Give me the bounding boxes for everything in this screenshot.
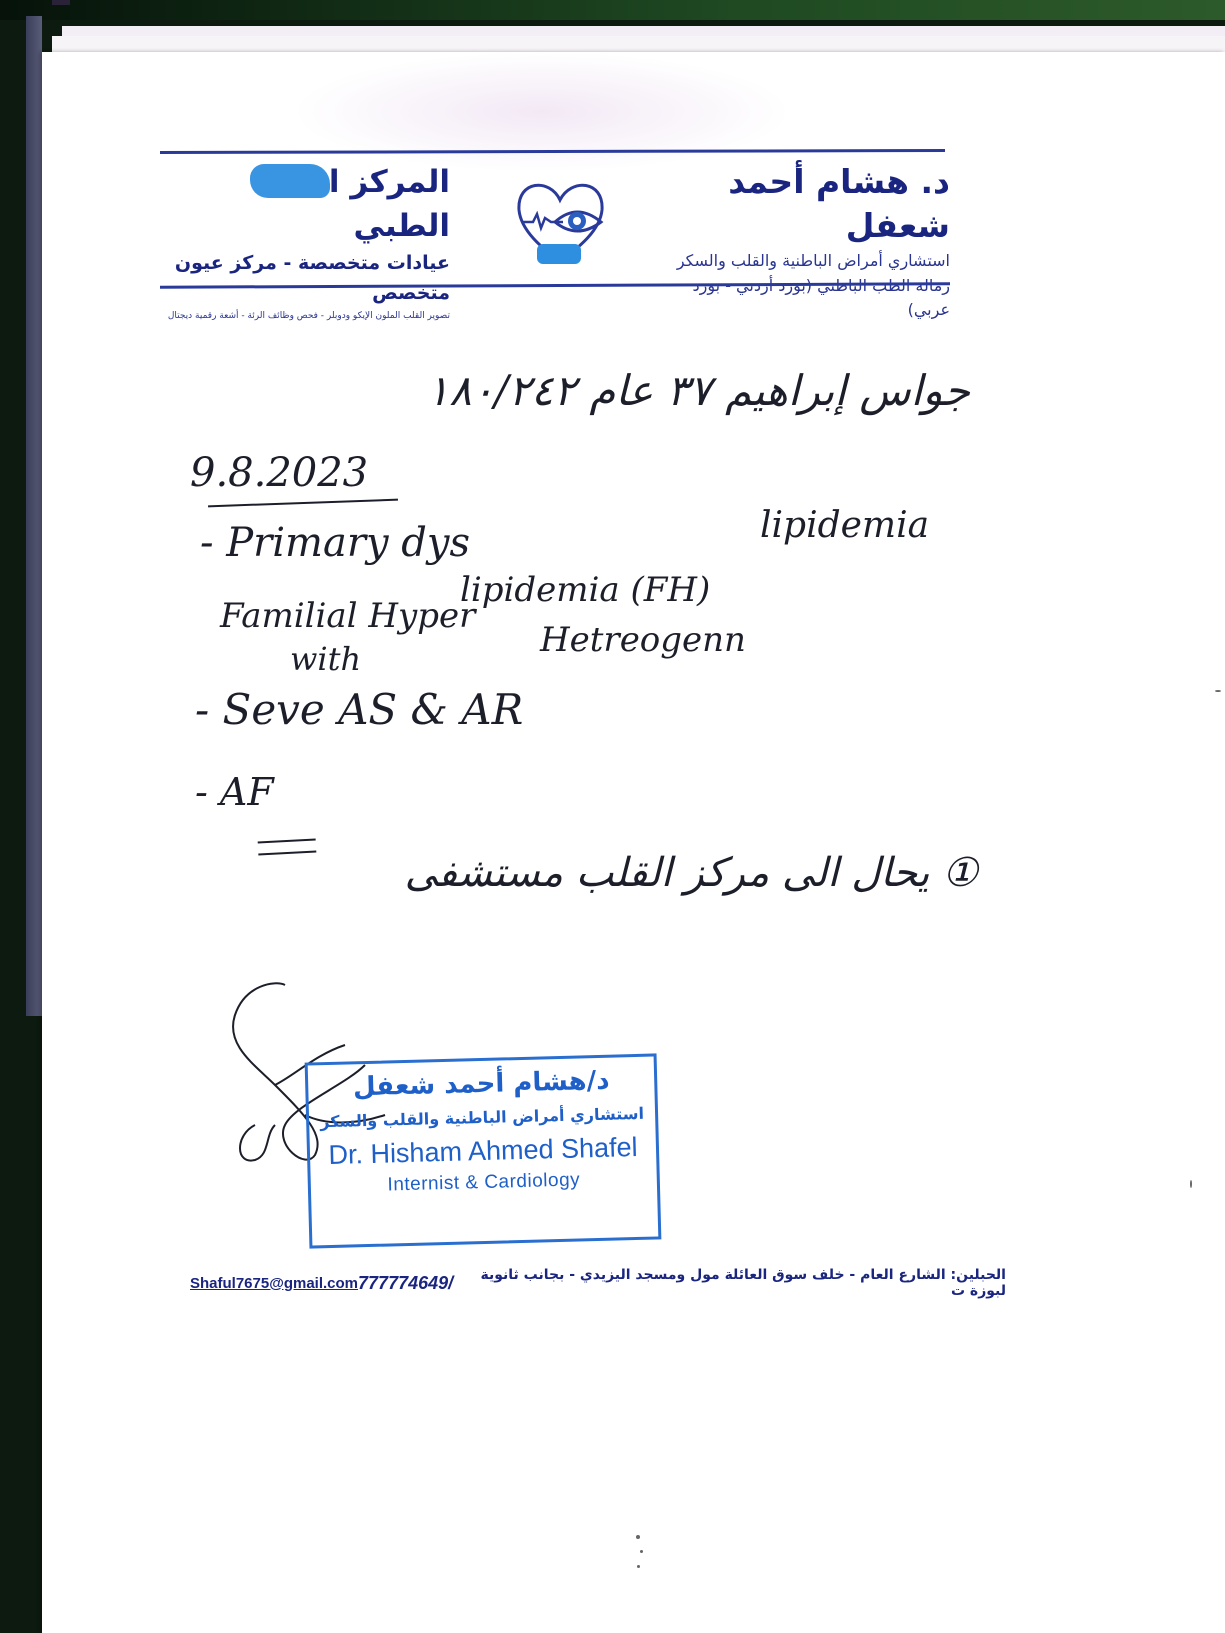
speck [640,1550,643,1553]
heart-eye-logo-icon [505,170,615,270]
background [0,0,1225,20]
doctor-name: د. هشام أحمد شعفل [650,160,950,248]
speck [1190,1180,1192,1188]
center-name-start: المركز ا [329,164,450,200]
diagnosis-line-1: - Primary dys [200,520,470,566]
doctor-board: زمالة الطب الباطني (بورد أردني - بورد عر… [650,274,950,322]
diagnosis-line-2: Familial Hyper [220,596,475,636]
diagnosis-line-2c: Hetreogenn [540,620,746,660]
center-name-end: الطبي [354,208,450,244]
diagnosis-item-3: - AF [195,770,274,814]
letterhead: د. هشام أحمد شعفل استشاري أمراض الباطنية… [160,150,950,290]
footer-contact: Shaful7675@gmail.com 777774649/ الحبلين:… [190,1268,1006,1298]
referral-handwritten: ① يحال الى مركز القلب مستشفى [168,850,978,896]
diagnosis-line-1b: lipidemia [760,505,929,546]
diagnosis-line-2b: lipidemia (FH) [460,570,710,610]
speck [636,1535,640,1539]
center-info: المركز ا الطبي عيادات متخصصة - مركز عيون… [160,160,450,324]
center-services: تصوير القلب الملون الإيكو ودوبلر - فحص و… [160,308,450,324]
footer-email[interactable]: Shaful7675@gmail.com [190,1275,358,1292]
center-subtitle: عيادات متخصصة - مركز عيون متخصص [160,248,450,308]
doctor-info: د. هشام أحمد شعفل استشاري أمراض الباطنية… [650,160,950,322]
footer-address: الحبلين: الشارع العام - خلف سوق العائلة … [461,1267,1006,1299]
patient-info-handwritten: جواس إبراهيم ٣٧ عام ١٨٠/٢٤٢ [210,366,970,415]
doctor-stamp: د/هشام أحمد شعفل استشاري أمراض الباطنية … [305,1053,662,1248]
speck [1215,690,1221,692]
date-handwritten: 9.8.2023 [190,450,368,496]
binder-strip [26,16,42,1016]
letterhead-rule-top [160,149,945,154]
center-name: المركز ا الطبي [160,160,450,248]
footer-phone: 777774649/ [358,1273,453,1294]
sheet-tab [52,0,70,5]
speck [637,1565,640,1568]
diagnosis-line-3: with [290,640,361,678]
doctor-title: استشاري أمراض الباطنية والقلب والسكر [650,248,950,274]
diagnosis-item-2: - Seve AS & AR [195,685,523,734]
redaction-mark [250,164,330,198]
